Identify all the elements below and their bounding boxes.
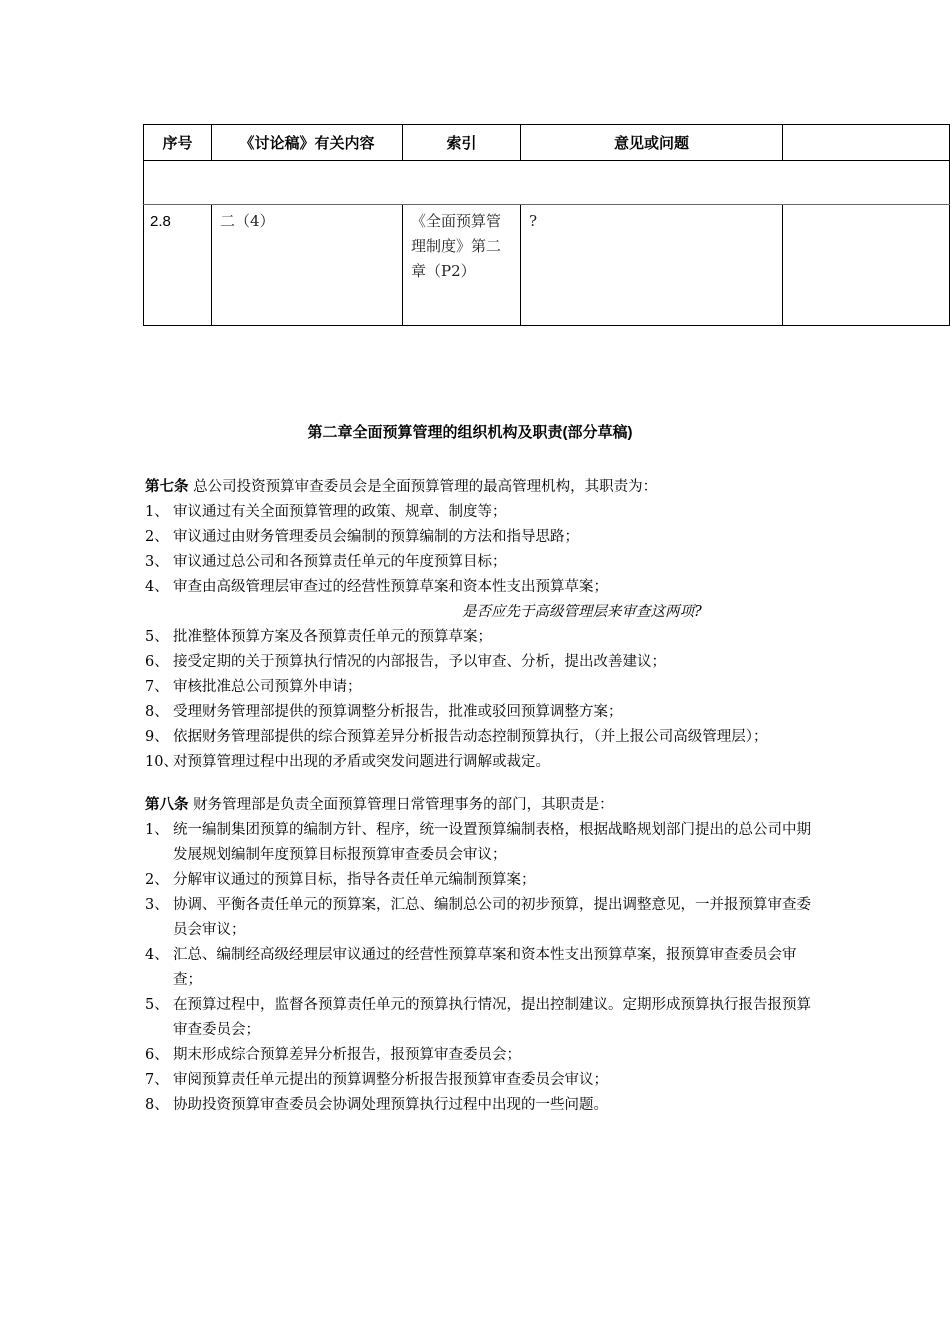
item-text: 统一编制集团预算的编制方针、程序，统一设置预算编制表格，根据战略规划部门提出的总…: [173, 822, 811, 863]
item-text: 审查由高级管理层审查过的经营性预算草案和资本性支出预算草案；: [173, 579, 608, 595]
cell-content: 二（4）: [212, 205, 403, 326]
item-number: 10、: [145, 750, 178, 775]
spacer: [145, 775, 815, 792]
article-8-list: 1、统一编制集团预算的编制方针、程序，统一设置预算编制表格，根据战略规划部门提出…: [145, 818, 815, 1118]
item-text: 审议通过由财务管理委员会编制的预算编制的方法和指导思路；: [173, 529, 579, 545]
header-extra: [783, 125, 950, 161]
list-item: 8、受理财务管理部提供的预算调整分析报告，批准或驳回预算调整方案；: [145, 700, 815, 725]
list-item: 4、审查由高级管理层审查过的经营性预算草案和资本性支出预算草案；: [145, 575, 815, 600]
article-7-heading: 第七条 总公司投资预算审查委员会是全面预算管理的最高管理机构，其职责为：: [145, 474, 815, 500]
article-intro: 财务管理部是负责全面预算管理日常管理事务的部门，其职责是：: [193, 797, 614, 813]
item-number: 9、: [145, 725, 169, 750]
chapter-title: 第二章全面预算管理的组织机构及职责(部分草稿): [125, 420, 815, 445]
item-number: 7、: [145, 1068, 169, 1093]
list-item: 8、协助投资预算审查委员会协调处理预算执行过程中出现的一些问题。: [145, 1093, 815, 1118]
list-item: 5、批准整体预算方案及各预算责任单元的预算草案；: [145, 625, 815, 650]
list-item: 9、依据财务管理部提供的综合预算差异分析报告动态控制预算执行，（并上报公司高级管…: [145, 725, 815, 750]
item-number: 2、: [145, 868, 169, 893]
list-item: 3、审议通过总公司和各预算责任单元的年度预算目标；: [145, 550, 815, 575]
document-body: 第二章全面预算管理的组织机构及职责(部分草稿) 第七条 总公司投资预算审查委员会…: [145, 420, 815, 1118]
item-number: 4、: [145, 575, 169, 600]
article-7-list: 1、审议通过有关全面预算管理的政策、规章、制度等； 2、审议通过由财务管理委员会…: [145, 500, 815, 600]
item-text: 批准整体预算方案及各预算责任单元的预算草案；: [173, 629, 492, 645]
item-number: 8、: [145, 700, 169, 725]
item-text: 协助投资预算审查委员会协调处理预算执行过程中出现的一些问题。: [173, 1097, 608, 1113]
list-item: 2、分解审议通过的预算目标，指导各责任单元编制预算案；: [145, 868, 815, 893]
list-item: 5、在预算过程中，监督各预算责任单元的预算执行情况，提出控制建议。定期形成预算执…: [145, 993, 815, 1043]
table-row: 2.8 二（4） 《全面预算管理制度》第二章（P2） ?: [144, 205, 950, 326]
list-item: 10、对预算管理过程中出现的矛盾或突发问题进行调解或裁定。: [145, 750, 815, 775]
item-number: 2、: [145, 525, 169, 550]
list-item: 2、审议通过由财务管理委员会编制的预算编制的方法和指导思路；: [145, 525, 815, 550]
article-7-list-cont: 5、批准整体预算方案及各预算责任单元的预算草案； 6、接受定期的关于预算执行情况…: [145, 625, 815, 775]
item-number: 1、: [145, 500, 169, 525]
list-item: 7、审核批准总公司预算外申请；: [145, 675, 815, 700]
article-number: 第八条: [145, 796, 189, 813]
item-text: 受理财务管理部提供的预算调整分析报告，批准或驳回预算调整方案；: [173, 704, 623, 720]
header-index: 序号: [144, 125, 212, 161]
item-text: 协调、平衡各责任单元的预算案，汇总、编制总公司的初步预算，提出调整意见，一并报预…: [173, 897, 811, 938]
article-8-heading: 第八条 财务管理部是负责全面预算管理日常管理事务的部门，其职责是：: [145, 792, 815, 818]
article-intro: 总公司投资预算审查委员会是全面预算管理的最高管理机构，其职责为：: [193, 479, 657, 495]
list-item: 1、统一编制集团预算的编制方针、程序，统一设置预算编制表格，根据战略规划部门提出…: [145, 818, 815, 868]
item-number: 7、: [145, 675, 169, 700]
item-text: 期末形成综合预算差异分析报告，报预算审查委员会；: [173, 1047, 521, 1063]
item-number: 5、: [145, 993, 169, 1018]
header-opinion: 意见或问题: [521, 125, 783, 161]
list-item: 7、审阅预算责任单元提出的预算调整分析报告报预算审查委员会审议；: [145, 1068, 815, 1093]
item-text: 审议通过总公司和各预算责任单元的年度预算目标；: [173, 554, 507, 570]
item-text: 依据财务管理部提供的综合预算差异分析报告动态控制预算执行，（并上报公司高级管理层…: [173, 729, 768, 745]
empty-cell: [144, 161, 950, 205]
item-text: 审议通过有关全面预算管理的政策、规章、制度等；: [173, 504, 507, 520]
item-number: 1、: [145, 818, 169, 843]
list-item: 4、汇总、编制经高级经理层审议通过的经营性预算草案和资本性支出预算草案，报预算审…: [145, 943, 815, 993]
review-annotation: 是否应先于高级管理层来审查这两项?: [145, 600, 815, 625]
table-empty-row: [144, 161, 950, 205]
list-item: 3、协调、平衡各责任单元的预算案，汇总、编制总公司的初步预算，提出调整意见，一并…: [145, 893, 815, 943]
item-text: 分解审议通过的预算目标，指导各责任单元编制预算案；: [173, 872, 536, 888]
review-table: 序号 《讨论稿》有关内容 索引 意见或问题 2.8 二（4） 《全面预算管理制度…: [143, 124, 950, 326]
item-number: 6、: [145, 1043, 169, 1068]
cell-index: 2.8: [144, 205, 212, 326]
header-content: 《讨论稿》有关内容: [212, 125, 403, 161]
item-number: 5、: [145, 625, 169, 650]
list-item: 6、接受定期的关于预算执行情况的内部报告，予以审查、分析，提出改善建议；: [145, 650, 815, 675]
item-text: 对预算管理过程中出现的矛盾或突发问题进行调解或裁定。: [173, 754, 550, 770]
item-number: 6、: [145, 650, 169, 675]
item-number: 3、: [145, 550, 169, 575]
header-reference: 索引: [403, 125, 521, 161]
item-text: 审阅预算责任单元提出的预算调整分析报告报预算审查委员会审议；: [173, 1072, 608, 1088]
list-item: 6、期末形成综合预算差异分析报告，报预算审查委员会；: [145, 1043, 815, 1068]
table-header-row: 序号 《讨论稿》有关内容 索引 意见或问题: [144, 125, 950, 161]
item-text: 审核批准总公司预算外申请；: [173, 679, 362, 695]
cell-extra: [783, 205, 950, 326]
item-text: 汇总、编制经高级经理层审议通过的经营性预算草案和资本性支出预算草案，报预算审查委…: [173, 947, 797, 988]
item-text: 接受定期的关于预算执行情况的内部报告，予以审查、分析，提出改善建议；: [173, 654, 666, 670]
item-number: 3、: [145, 893, 169, 918]
article-number: 第七条: [145, 478, 189, 495]
item-number: 8、: [145, 1093, 169, 1118]
item-number: 4、: [145, 943, 169, 968]
cell-opinion: ?: [521, 205, 783, 326]
item-text: 在预算过程中，监督各预算责任单元的预算执行情况，提出控制建议。定期形成预算执行报…: [173, 997, 811, 1038]
cell-reference: 《全面预算管理制度》第二章（P2）: [403, 205, 521, 326]
list-item: 1、审议通过有关全面预算管理的政策、规章、制度等；: [145, 500, 815, 525]
